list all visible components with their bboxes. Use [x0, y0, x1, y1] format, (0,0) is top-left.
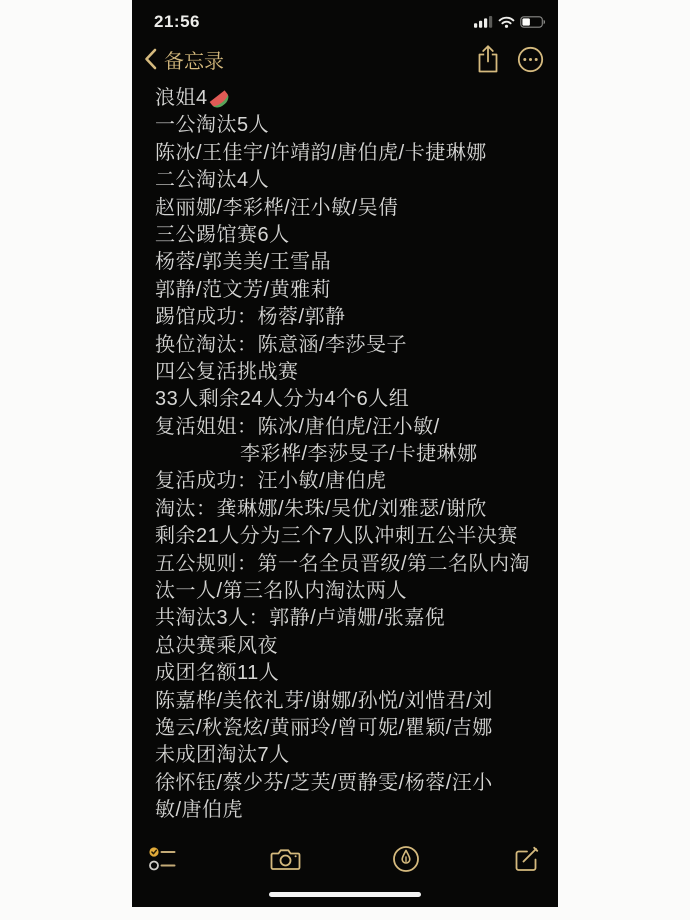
note-line: 徐怀钰/蔡少芬/芝芙/贾静雯/杨蓉/汪小: [155, 770, 550, 797]
note-line: 李彩桦/李莎旻子/卡捷琳娜: [155, 441, 550, 468]
note-line: 敏/唐伯虎: [155, 797, 550, 824]
note-line: 四公复活挑战赛: [155, 359, 550, 386]
note-line: 杨蓉/郭美美/王雪晶: [155, 249, 550, 276]
markup-icon[interactable]: [392, 845, 420, 873]
note-line: 踢馆成功：杨蓉/郭静: [155, 304, 550, 331]
note-line: 郭静/范文芳/黄雅莉: [155, 277, 550, 304]
note-line: 陈冰/王佳宇/许靖韵/唐伯虎/卡捷琳娜: [155, 140, 550, 167]
note-title: 浪姐4: [155, 85, 208, 112]
checklist-icon[interactable]: [148, 845, 178, 873]
note-line: 汰一人/第三名队内淘汰两人: [155, 578, 550, 605]
note-line: 换位淘汰：陈意涵/李莎旻子: [155, 332, 550, 359]
camera-icon[interactable]: [270, 847, 301, 871]
note-line: 共淘汰3人：郭静/卢靖姗/张嘉倪: [155, 605, 550, 632]
note-line: 一公淘汰5人: [155, 112, 550, 139]
watermelon-icon: [209, 90, 231, 110]
note-line: 五公规则：第一名全员晋级/第二名队内淘: [155, 551, 550, 578]
note-line: 总决赛乘风夜: [155, 633, 550, 660]
note-title-line: 浪姐4: [155, 85, 550, 112]
notes-app-screenshot: 21:56: [132, 0, 558, 907]
note-line: 复活姐姐：陈冰/唐伯虎/汪小敏/: [155, 414, 550, 441]
cellular-signal-icon: [474, 16, 493, 28]
photo-canvas: 21:56: [0, 0, 690, 920]
bottom-toolbar: [132, 833, 558, 885]
status-bar: 21:56: [132, 0, 558, 38]
status-time: 21:56: [154, 12, 200, 32]
back-label: 备忘录: [164, 45, 224, 74]
battery-icon: [520, 16, 546, 28]
note-line: 陈嘉桦/美依礼芽/谢娜/孙悦/刘惜君/刘: [155, 688, 550, 715]
nav-bar: 备忘录: [132, 38, 558, 80]
note-line: 33人剩余24人分为4个6人组: [155, 386, 550, 413]
note-line: 成团名额11人: [155, 660, 550, 687]
share-icon[interactable]: [476, 44, 500, 74]
note-line: 剩余21人分为三个7人队冲刺五公半决赛: [155, 523, 550, 550]
chevron-left-icon: [144, 48, 157, 70]
note-content[interactable]: 浪姐4 一公淘汰5人 陈冰/王佳宇/许靖韵/唐伯虎/卡捷琳娜 二公淘汰4人 赵丽…: [155, 85, 550, 835]
note-line: 三公踢馆赛6人: [155, 222, 550, 249]
note-line: 赵丽娜/李彩桦/汪小敏/吴倩: [155, 195, 550, 222]
note-line: 淘汰：龚琳娜/朱珠/吴优/刘雅瑟/谢欣: [155, 496, 550, 523]
nav-actions: [476, 44, 544, 74]
back-button[interactable]: 备忘录: [144, 45, 224, 74]
note-line: 逸云/秋瓷炫/黄丽玲/曾可妮/瞿颖/吉娜: [155, 715, 550, 742]
compose-icon[interactable]: [512, 845, 540, 873]
wifi-icon: [498, 16, 515, 28]
home-indicator[interactable]: [269, 892, 421, 897]
more-options-icon[interactable]: [517, 46, 544, 73]
status-icons: [474, 16, 546, 28]
note-line: 未成团淘汰7人: [155, 742, 550, 769]
note-line: 二公淘汰4人: [155, 167, 550, 194]
note-line: 复活成功：汪小敏/唐伯虎: [155, 468, 550, 495]
